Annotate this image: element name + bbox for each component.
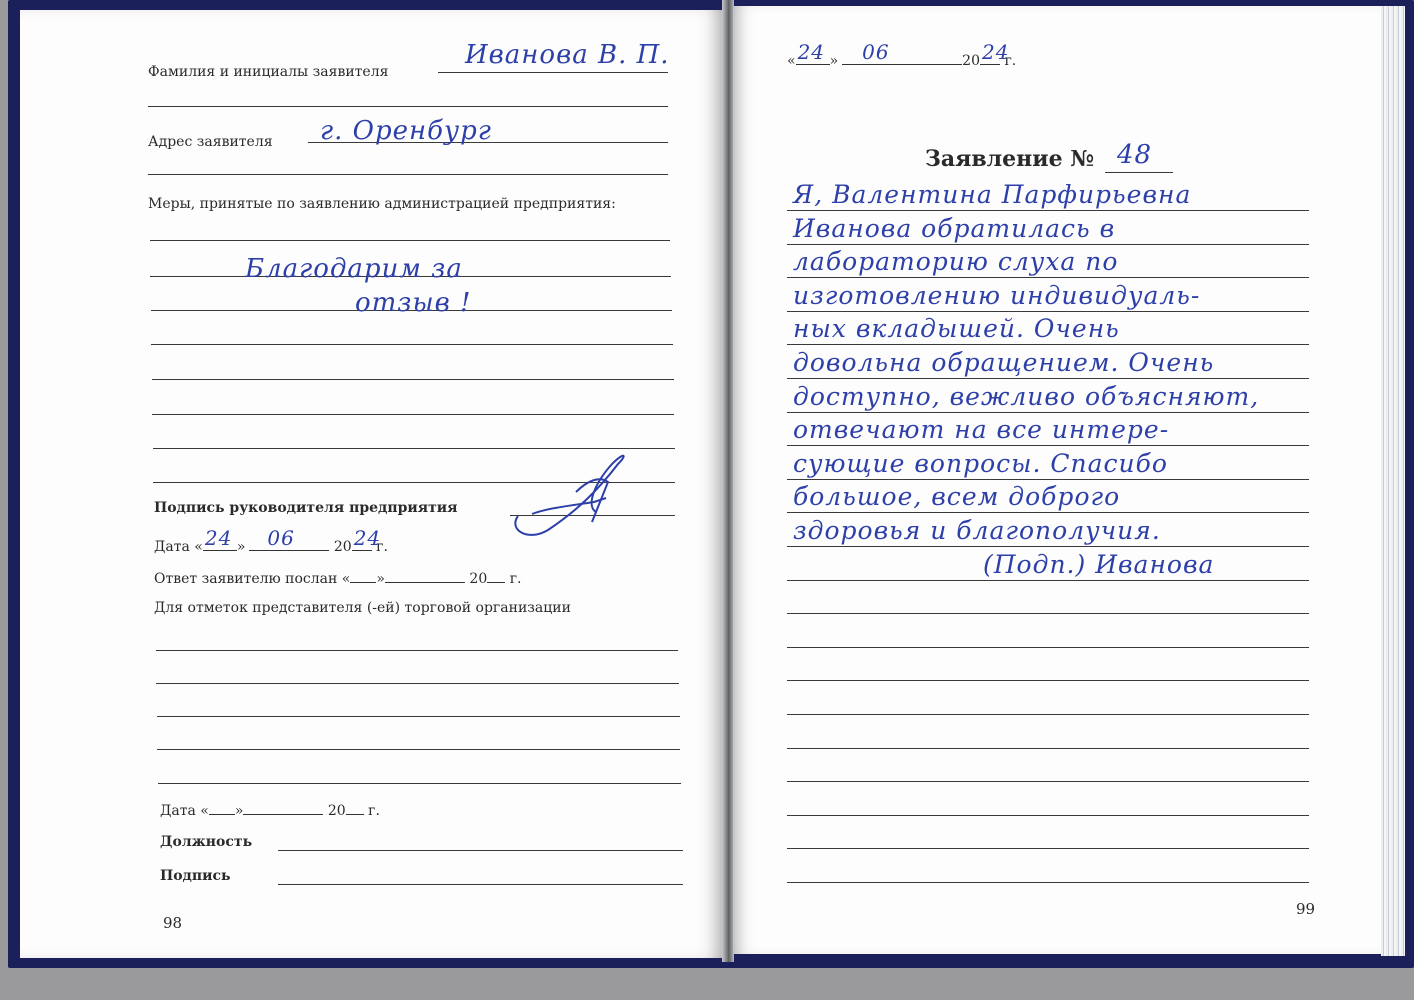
ruled-line (153, 448, 675, 449)
manager-signature (508, 450, 658, 540)
statement-text-line: большое, всем доброго (793, 482, 1120, 511)
statement-text-line: Иванова обратилась в (793, 214, 1115, 243)
ruled-line (787, 546, 1309, 547)
ruled-line (157, 716, 680, 717)
date-month-field: 06 (249, 536, 329, 551)
statement-text-line: (Подп.) Иванова (983, 550, 1214, 579)
ruled-line (787, 445, 1309, 446)
ruled-line (787, 680, 1309, 681)
trade-year-field (346, 800, 364, 815)
position-label: Должность (160, 834, 252, 850)
reply-sent: Ответ заявителю послан «» 20 г. (154, 568, 521, 587)
statement-date: «24»062024 г. (787, 50, 1016, 69)
reply-day-field (350, 568, 376, 583)
measures-text-line-1: Благодарим за (245, 254, 463, 284)
applicant-name-label: Фамилия и инициалы заявителя (148, 64, 388, 80)
left-page: Фамилия и инициалы заявителя Иванова В. … (20, 10, 725, 958)
ruled-line (787, 815, 1309, 816)
ruled-line (787, 210, 1309, 211)
date-day-field: 24 (203, 536, 237, 551)
ruled-line (787, 244, 1309, 245)
manager-date: Дата «24»06 2024 г. (154, 536, 388, 555)
ruled-line (152, 414, 674, 415)
trade-date-label: Дата (160, 803, 196, 819)
ruled-line (157, 749, 680, 750)
ruled-line (156, 683, 679, 684)
reply-sent-label: Ответ заявителю послан (154, 571, 337, 587)
position-line (278, 850, 683, 851)
date-year-field: 24 (352, 536, 372, 551)
ruled-line (148, 174, 668, 175)
statement-title: Заявление № (925, 146, 1094, 172)
ruled-line (787, 311, 1309, 312)
trade-date: Дата «» 20 г. (160, 800, 380, 819)
ruled-line (787, 512, 1309, 513)
page-number: 99 (1296, 900, 1315, 918)
ruled-line (787, 344, 1309, 345)
reply-month-field (385, 568, 465, 583)
ruled-line (150, 240, 670, 241)
measures-text-line-2: отзыв ! (355, 288, 472, 318)
ruled-line (787, 647, 1309, 648)
page-number: 98 (163, 914, 182, 932)
ruled-line (156, 650, 678, 651)
applicant-address-value: г. Оренбург (320, 116, 492, 146)
trade-org-label: Для отметок представителя (-ей) торговой… (154, 600, 571, 616)
statement-month-field: 06 (842, 50, 962, 65)
ruled-line (787, 882, 1309, 883)
ruled-line (787, 277, 1309, 278)
applicant-address-label: Адрес заявителя (148, 134, 273, 150)
statement-day-field: 24 (796, 50, 830, 65)
statement-number-line (1105, 172, 1173, 173)
ruled-line (787, 714, 1309, 715)
ruled-line (787, 378, 1309, 379)
statement-text-line: ных вкладышей. Очень (793, 314, 1120, 343)
ruled-line (148, 106, 668, 107)
statement-text-line: здоровья и благополучия. (793, 516, 1161, 545)
statement-text-line: отвечают на все интере- (793, 415, 1169, 444)
statement-text-line: Я, Валентина Парфирьевна (793, 180, 1191, 209)
signature-label: Подпись (160, 868, 231, 884)
statement-text-line: довольна обращением. Очень (793, 348, 1214, 377)
statement-number: 48 (1117, 140, 1152, 170)
date-label: Дата (154, 539, 190, 555)
trade-month-field (243, 800, 323, 815)
ruled-line (787, 412, 1309, 413)
page-edges (1381, 6, 1405, 956)
statement-text-line: лабораторию слуха по (793, 247, 1118, 276)
applicant-name-line (438, 72, 668, 73)
reply-year-field (487, 568, 505, 583)
ruled-line (158, 783, 681, 784)
manager-signature-label: Подпись руководителя предприятия (154, 500, 458, 516)
statement-text-line: изготовлению индивидуаль- (793, 281, 1200, 310)
trade-day-field (209, 800, 235, 815)
ruled-line (787, 781, 1309, 782)
right-page: «24»062024 г. Заявление № 48 Я, Валентин… (733, 6, 1381, 954)
statement-text-line: доступно, вежливо объясняют, (793, 382, 1259, 411)
statement-text-line: сующие вопросы. Спасибо (793, 449, 1168, 478)
statement-year-field: 24 (980, 50, 1000, 65)
ruled-line (152, 379, 674, 380)
ruled-line (787, 580, 1309, 581)
ruled-line (151, 344, 673, 345)
ruled-line (787, 748, 1309, 749)
ruled-line (787, 479, 1309, 480)
signature-line (278, 884, 683, 885)
ruled-line (787, 613, 1309, 614)
applicant-name-value: Иванова В. П. (465, 40, 670, 70)
ruled-line (787, 848, 1309, 849)
measures-label: Меры, принятые по заявлению администраци… (148, 196, 616, 212)
